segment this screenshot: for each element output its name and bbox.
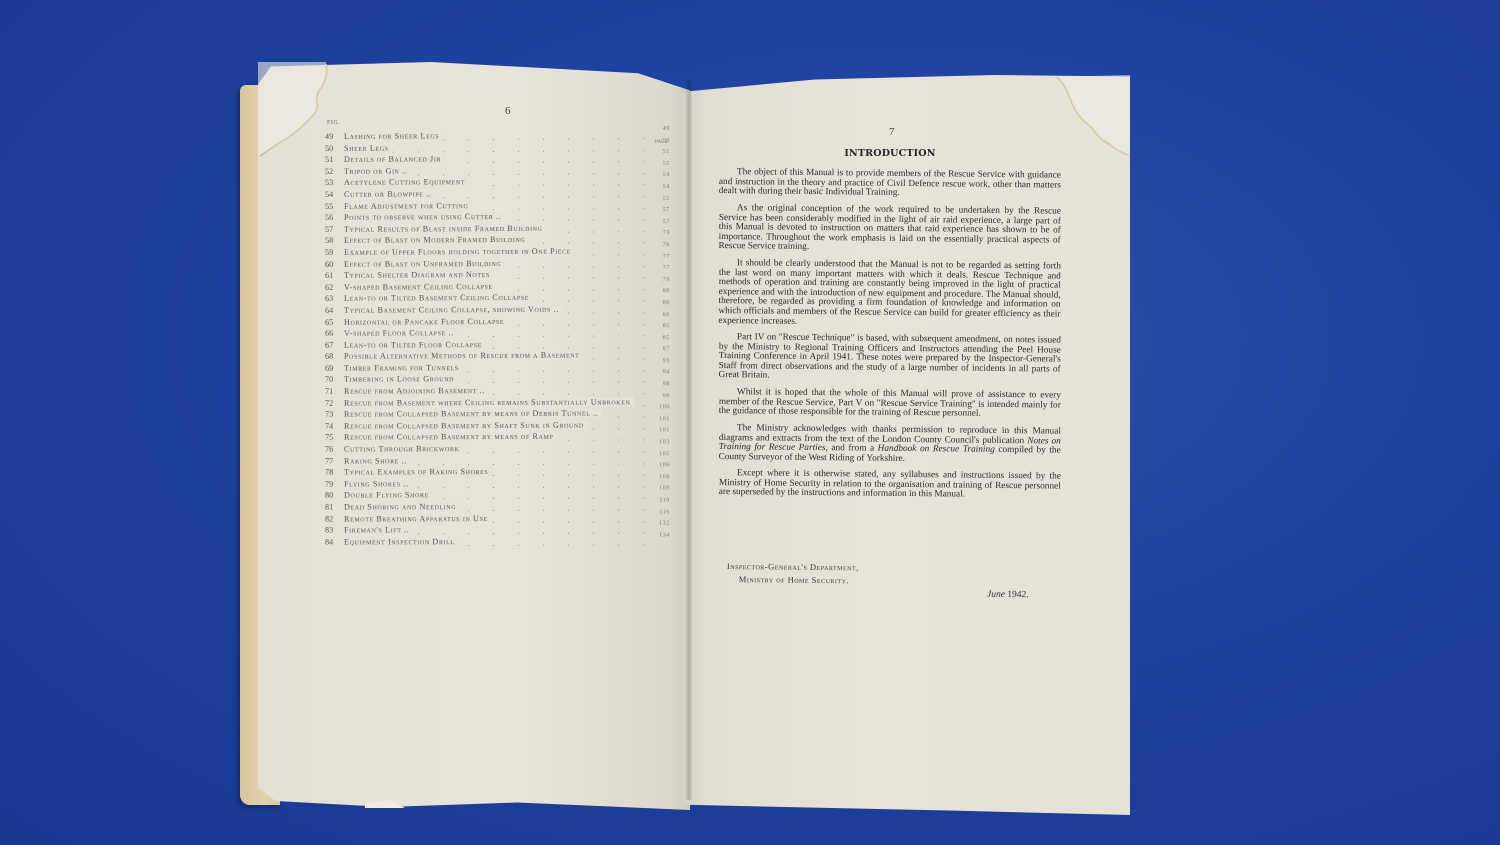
- figure-page: 100: [654, 405, 670, 411]
- figure-title: Rescue from Collapsed Basement by Shaft …: [344, 420, 588, 430]
- figure-title: Cutting Through Brickwork: [344, 444, 464, 453]
- figure-number: 62: [325, 282, 341, 291]
- figure-number: 60: [325, 259, 341, 268]
- figure-page: 80: [654, 288, 670, 294]
- figure-title: Example of Upper Floors holding together…: [344, 247, 575, 257]
- figure-page: 110: [654, 497, 670, 503]
- figure-page: 85: [654, 335, 670, 341]
- figure-page: 103: [654, 439, 670, 445]
- intro-paragraph-acknowledgement: The Ministry acknowledges with thanks pe…: [719, 424, 1061, 466]
- figure-page: 101: [654, 416, 670, 422]
- figure-number: 75: [325, 433, 341, 442]
- figure-title: Possible Alternative Methods of Rescue f…: [344, 351, 583, 361]
- figure-number: 66: [325, 329, 341, 338]
- figure-page: 51: [654, 161, 670, 167]
- figure-page: 106: [654, 463, 670, 469]
- figure-number: 80: [325, 491, 341, 500]
- figure-number: 76: [325, 445, 341, 454]
- figure-title: Flying Shores ..: [344, 479, 413, 488]
- figure-title: Remote Breathing Apparatus in Use: [344, 514, 492, 523]
- figure-number: 67: [325, 340, 341, 349]
- figure-page: 80: [654, 300, 670, 306]
- figure-number: 52: [325, 167, 341, 176]
- figure-title: Typical Results of Blast inside Framed B…: [344, 223, 547, 233]
- left-page-number: 6: [505, 105, 511, 117]
- figure-number: 82: [325, 514, 341, 523]
- figure-number: 72: [325, 398, 341, 407]
- figure-page: 105: [654, 451, 670, 457]
- figure-number: 68: [325, 352, 341, 361]
- date-month: June: [987, 590, 1005, 600]
- list-item: 78Typical Examples of Raking Shores106: [325, 467, 670, 480]
- right-page-number: 7: [889, 126, 895, 138]
- figure-number: 63: [325, 294, 341, 303]
- figure-page: 98: [654, 381, 670, 387]
- figure-page: 108: [654, 474, 670, 480]
- figure-title: Timbering in Loose Ground: [344, 375, 458, 384]
- figure-title: Tripod or Gin ..: [344, 166, 411, 175]
- signature-line-1: Inspector-General's Department,: [727, 561, 859, 572]
- list-of-figures: 49Lashing for Sheer Legs4950Sheer Legs50…: [325, 131, 670, 548]
- figure-title: Raking Shore ..: [344, 456, 411, 465]
- figure-number: 78: [325, 468, 341, 477]
- open-booklet: 6 FIG. PAGE 49Lashing for Sheer Legs4950…: [0, 0, 1500, 845]
- figure-number: 56: [325, 213, 341, 222]
- figure-number: 81: [325, 503, 341, 512]
- intro-paragraph-4: Part IV on "Rescue Technique" is based, …: [718, 333, 1060, 385]
- list-item: 83Fireman's Lift ..132: [325, 525, 670, 538]
- figure-page: 50: [654, 138, 670, 144]
- figure-page: 54: [654, 172, 670, 178]
- figure-number: 79: [325, 479, 341, 488]
- figure-title: Rescue from Basement where Ceiling remai…: [344, 397, 634, 407]
- figure-title: Dead Shoring and Needling: [344, 502, 460, 511]
- figure-page: 49: [654, 126, 670, 132]
- figure-page: 132: [654, 521, 670, 527]
- figure-number: 49: [325, 132, 341, 141]
- list-item: 76Cutting Through Brickwork103: [325, 443, 670, 456]
- introduction-section: INTRODUCTION The object of this Manual i…: [719, 148, 1061, 505]
- intro-paragraph-2: As the original conception of the work r…: [718, 204, 1060, 256]
- figure-number: 71: [325, 387, 341, 396]
- list-item: 81Dead Shoring and Needling110: [325, 501, 670, 514]
- figure-page: 109: [654, 486, 670, 492]
- figure-title: V-shaped Basement Ceiling Collapse: [344, 282, 497, 292]
- figure-number: 59: [325, 248, 341, 257]
- figure-title: Typical Basement Ceiling Collapse, showi…: [344, 305, 563, 315]
- figure-number: 84: [325, 537, 341, 546]
- figure-title: Points to observe when using Cutter ..: [344, 212, 505, 222]
- figure-page: 77: [654, 265, 670, 271]
- fig-column-label: FIG.: [327, 120, 340, 126]
- book-gutter: [686, 80, 692, 800]
- figure-page: 79: [654, 277, 670, 283]
- figure-page: 80: [654, 312, 670, 318]
- figure-number: 51: [325, 155, 341, 164]
- figure-number: 61: [325, 271, 341, 280]
- figure-page: 57: [654, 207, 670, 213]
- figure-number: 69: [325, 364, 341, 373]
- figure-number: 53: [325, 178, 341, 187]
- date-year: 1942.: [1007, 590, 1028, 600]
- figure-number: 74: [325, 421, 341, 430]
- figure-title: Flame Adjustment for Cutting: [344, 201, 472, 211]
- figure-title: Horizontal or Pancake Floor Collapse: [344, 316, 508, 326]
- figure-page: 116: [654, 509, 670, 515]
- figure-title: Sheer Legs: [344, 143, 393, 152]
- signature-block: Inspector-General's Department, Ministry…: [727, 560, 859, 587]
- figure-title: Rescue from Collapsed Basement by means …: [344, 409, 602, 419]
- figure-title: Typical Shelter Diagram and Notes: [344, 270, 494, 280]
- figure-title: Effect of Blast on Unframed Building: [344, 258, 505, 268]
- figure-title: Double Flying Shore: [344, 491, 433, 500]
- figure-title: Details of Balanced Jib: [344, 154, 445, 164]
- figure-title: Typical Examples of Raking Shores: [344, 467, 492, 477]
- ack-text-2: and from a: [828, 443, 878, 454]
- intro-paragraph-3: It should be clearly understood that the…: [718, 259, 1061, 330]
- figure-title: Lean-to or Tilted Floor Collapse: [344, 340, 486, 350]
- figure-page: 77: [654, 254, 670, 260]
- figure-page: 94: [654, 370, 670, 376]
- list-item: 84Equipment Inspection Drill134: [325, 536, 670, 549]
- figure-number: 83: [325, 526, 341, 535]
- intro-paragraph-1: The object of this Manual is to provide …: [719, 168, 1061, 200]
- figure-page: 55: [654, 196, 670, 202]
- figure-number: 57: [325, 225, 341, 234]
- list-item: 71Rescue from Adjoining Basement ..98: [325, 385, 670, 398]
- intro-paragraph-5: Whilst it is hoped that the whole of thi…: [719, 388, 1061, 420]
- figure-number: 65: [325, 317, 341, 326]
- figure-page: 101: [654, 428, 670, 434]
- figure-number: 77: [325, 456, 341, 465]
- list-item: 64Typical Basement Ceiling Collapse, sho…: [325, 304, 670, 317]
- intro-paragraph-final: Except where it is otherwise stated, any…: [719, 469, 1061, 501]
- figure-page: 134: [654, 532, 670, 538]
- figure-page: 99: [654, 393, 670, 399]
- figure-page: 73: [654, 230, 670, 236]
- figure-title: Timber Framing for Tunnels: [344, 363, 463, 373]
- figure-title: V-shaped Floor Collapse ..: [344, 328, 458, 338]
- figure-number: 70: [325, 375, 341, 384]
- figure-number: 58: [325, 236, 341, 245]
- figure-number: 50: [325, 144, 341, 153]
- date-line: June 1942.: [987, 590, 1029, 600]
- figure-title: Rescue from Adjoining Basement ..: [344, 386, 489, 396]
- figure-page: 54: [654, 184, 670, 190]
- figure-title: Lean-to or Tilted Basement Ceiling Colla…: [344, 293, 533, 303]
- figure-number: 64: [325, 306, 341, 315]
- figure-title: Equipment Inspection Drill: [344, 537, 459, 546]
- signature-line-2: Ministry of Home Security.: [727, 573, 859, 587]
- figure-page: 57: [654, 219, 670, 225]
- introduction-heading: INTRODUCTION: [719, 148, 1061, 159]
- figure-number: 55: [325, 201, 341, 210]
- figure-title: Effect of Blast on Modern Framed Buildin…: [344, 235, 529, 245]
- figure-page: 87: [654, 347, 670, 353]
- figure-number: 73: [325, 410, 341, 419]
- figure-page: 76: [654, 242, 670, 248]
- figure-page: 51: [654, 149, 670, 155]
- figure-title: Rescue from Collapsed Basement by means …: [344, 432, 557, 442]
- figure-title: Cutter or Blowpipe ..: [344, 189, 435, 199]
- figure-page: 85: [654, 323, 670, 329]
- figure-title: Fireman's Lift ..: [344, 525, 413, 534]
- figure-title: Acetylene Cutting Equipment: [344, 178, 469, 188]
- figure-title: Lashing for Sheer Legs: [344, 131, 443, 141]
- figure-number: 54: [325, 190, 341, 199]
- figure-page: 93: [654, 358, 670, 364]
